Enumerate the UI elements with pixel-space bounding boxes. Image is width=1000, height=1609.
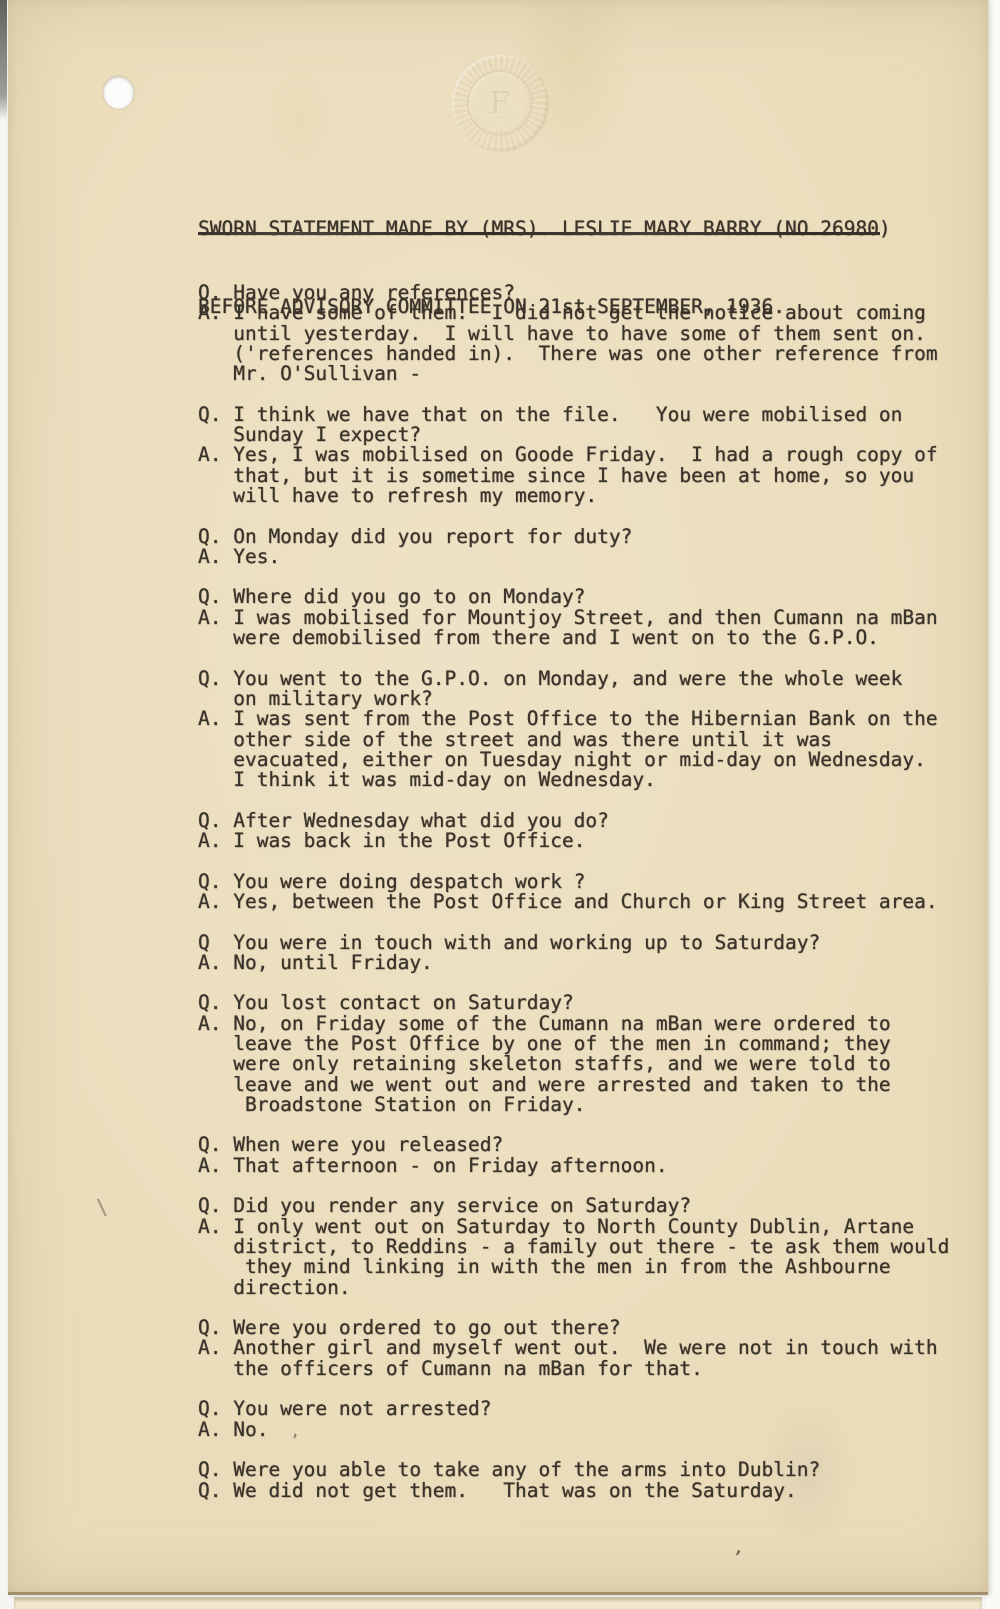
qa-transcript: Q. Have you any references? A. I have so…: [198, 283, 949, 1501]
document-page: F SWORN STATEMENT MADE BY (MRS). LESLIE …: [8, 0, 988, 1595]
underlying-sheet-edge: [14, 1597, 982, 1609]
header-line-1: SWORN STATEMENT MADE BY (MRS). LESLIE MA…: [198, 216, 891, 242]
header-rule: [198, 232, 880, 235]
scanner-edge-shadow: [0, 0, 7, 120]
punch-hole: [103, 76, 134, 109]
ink-speck: ,: [732, 1537, 746, 1558]
embossed-seal-ring: F: [467, 70, 533, 136]
scanner-background: [986, 0, 1000, 1609]
embossed-seal-icon: F: [452, 55, 548, 151]
ink-speck: ,: [291, 1424, 299, 1440]
pencil-mark: \: [96, 1195, 108, 1219]
seal-monogram: F: [490, 86, 511, 121]
